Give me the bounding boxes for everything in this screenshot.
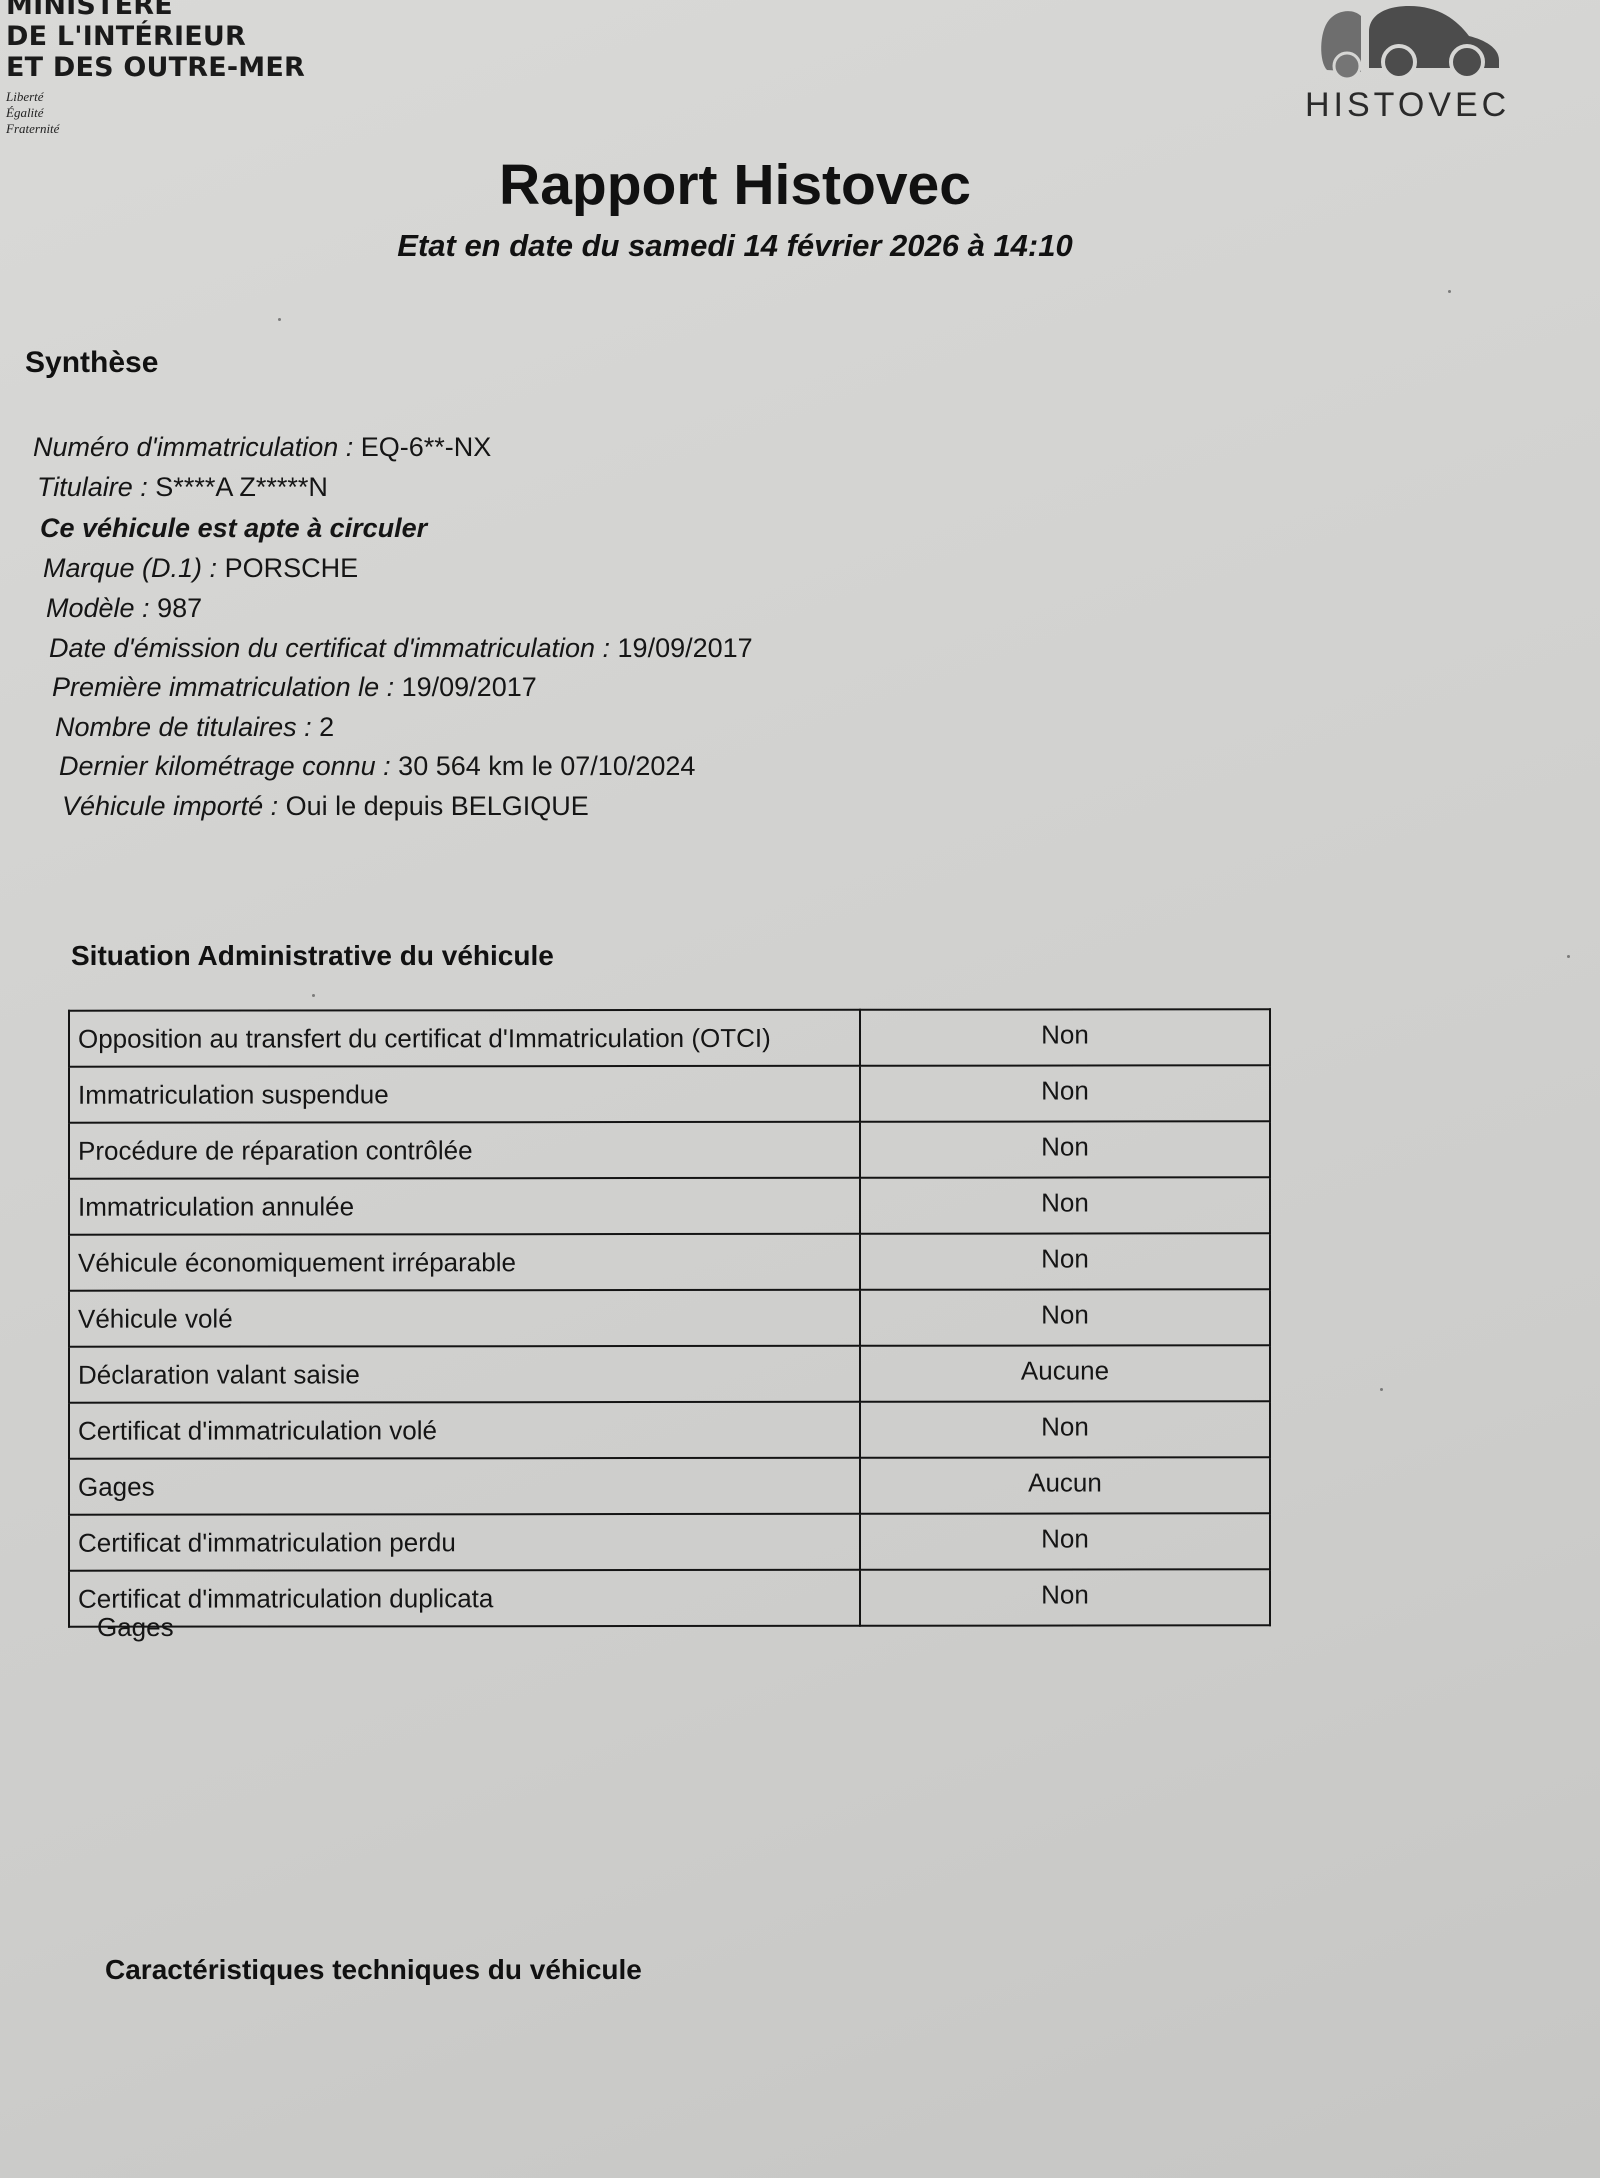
situation-value: Non <box>860 1289 1270 1346</box>
situation-value: Non <box>860 1233 1270 1290</box>
synthese-field: Nombre de titulaires : 2 <box>55 712 334 743</box>
situation-label: Immatriculation suspendue <box>69 1066 860 1123</box>
table-row: Procédure de réparation contrôléeNon <box>69 1121 1270 1178</box>
situation-label: Opposition au transfert du certificat d'… <box>69 1010 860 1067</box>
field-value: EQ-6**-NX <box>353 432 491 462</box>
paper-speck <box>312 994 315 997</box>
table-row: Certificat d'immatriculation voléNon <box>69 1401 1270 1458</box>
table-row: Certificat d'immatriculation duplicataNo… <box>69 1569 1270 1626</box>
field-label: Date d'émission du certificat d'immatric… <box>49 633 610 663</box>
synthese-field: Titulaire : S****A Z*****N <box>37 472 328 503</box>
synthese-field: Ce véhicule est apte à circuler <box>40 513 427 544</box>
synthese-field: Dernier kilométrage connu : 30 564 km le… <box>59 751 695 782</box>
situation-label: Véhicule volé <box>69 1290 860 1347</box>
situation-label: Procédure de réparation contrôlée <box>69 1122 860 1179</box>
ministry-logo: MINISTÈRE DE L'INTÉRIEUR ET DES OUTRE-ME… <box>6 0 305 137</box>
situation-label: Gages <box>69 1458 860 1515</box>
gages-label: Gages <box>97 1612 174 1643</box>
report-title: Rapport Histovec <box>0 152 1470 218</box>
motto-liberte: Liberté <box>6 89 305 105</box>
table-row: GagesAucun <box>69 1457 1270 1514</box>
ministry-line: ET DES OUTRE-MER <box>6 52 305 83</box>
field-label: Marque (D.1) : <box>43 553 217 583</box>
histovec-report-page: MINISTÈRE DE L'INTÉRIEUR ET DES OUTRE-ME… <box>0 0 1600 2178</box>
republic-motto: Liberté Égalité Fraternité <box>6 89 305 137</box>
field-value: 19/09/2017 <box>610 633 753 663</box>
situation-value: Non <box>860 1121 1270 1178</box>
technique-heading: Caractéristiques techniques du véhicule <box>105 1954 642 1986</box>
table-row: Déclaration valant saisieAucune <box>69 1345 1270 1402</box>
synthese-field: Numéro d'immatriculation : EQ-6**-NX <box>33 432 491 463</box>
paper-speck <box>1380 1388 1383 1391</box>
field-value: Oui le depuis BELGIQUE <box>278 791 589 821</box>
report-date: Etat en date du samedi 14 février 2026 à… <box>0 228 1470 264</box>
situation-table: Opposition au transfert du certificat d'… <box>68 1008 1271 1627</box>
synthese-field: Première immatriculation le : 19/09/2017 <box>52 672 537 703</box>
situation-value: Non <box>860 1513 1270 1570</box>
field-value: 30 564 km le 07/10/2024 <box>391 751 696 781</box>
field-value: 987 <box>150 593 203 623</box>
situation-heading: Situation Administrative du véhicule <box>71 940 554 972</box>
synthese-field: Marque (D.1) : PORSCHE <box>43 553 358 584</box>
table-row: Opposition au transfert du certificat d'… <box>69 1009 1270 1066</box>
ministry-line: DE L'INTÉRIEUR <box>6 21 305 52</box>
field-label: Nombre de titulaires : <box>55 712 312 742</box>
field-value: Ce véhicule est apte à circuler <box>40 513 427 543</box>
field-label: Première immatriculation le : <box>52 672 394 702</box>
histovec-logo: HISTOVEC <box>1305 2 1515 125</box>
motto-egalite: Égalité <box>6 105 305 121</box>
car-logo-icon <box>1309 2 1509 84</box>
situation-value: Non <box>860 1569 1270 1626</box>
synthese-field: Date d'émission du certificat d'immatric… <box>49 633 753 664</box>
situation-value: Non <box>860 1009 1270 1066</box>
situation-label: Certificat d'immatriculation volé <box>69 1402 860 1459</box>
synthese-heading: Synthèse <box>25 346 158 380</box>
ministry-line: MINISTÈRE <box>6 0 305 21</box>
synthese-field: Véhicule importé : Oui le depuis BELGIQU… <box>62 791 589 822</box>
situation-label: Déclaration valant saisie <box>69 1346 860 1403</box>
field-label: Modèle : <box>46 593 150 623</box>
situation-value: Non <box>860 1065 1270 1122</box>
table-row: Véhicule économiquement irréparableNon <box>69 1233 1270 1290</box>
situation-value: Aucune <box>860 1345 1270 1402</box>
field-label: Titulaire : <box>37 472 148 502</box>
paper-speck <box>278 318 281 321</box>
field-value: 2 <box>312 712 335 742</box>
histovec-wordmark: HISTOVEC <box>1305 86 1515 125</box>
table-row: Immatriculation suspendueNon <box>69 1065 1270 1122</box>
synthese-field: Modèle : 987 <box>46 593 202 624</box>
field-label: Numéro d'immatriculation : <box>33 432 353 462</box>
table-row: Certificat d'immatriculation perduNon <box>69 1513 1270 1570</box>
situation-label: Certificat d'immatriculation perdu <box>69 1514 860 1571</box>
situation-label: Véhicule économiquement irréparable <box>69 1234 860 1291</box>
field-label: Véhicule importé : <box>62 791 278 821</box>
table-row: Immatriculation annuléeNon <box>69 1177 1270 1234</box>
situation-label: Certificat d'immatriculation duplicata <box>69 1570 860 1627</box>
situation-value: Aucun <box>860 1457 1270 1514</box>
field-value: S****A Z*****N <box>148 472 328 502</box>
situation-value: Non <box>860 1177 1270 1234</box>
paper-speck <box>1567 955 1570 958</box>
paper-speck <box>1448 290 1451 293</box>
field-value: 19/09/2017 <box>394 672 537 702</box>
motto-fraternite: Fraternité <box>6 121 305 137</box>
situation-value: Non <box>860 1401 1270 1458</box>
table-row: Véhicule voléNon <box>69 1289 1270 1346</box>
field-value: PORSCHE <box>217 553 358 583</box>
situation-label: Immatriculation annulée <box>69 1178 860 1235</box>
field-label: Dernier kilométrage connu : <box>59 751 391 781</box>
